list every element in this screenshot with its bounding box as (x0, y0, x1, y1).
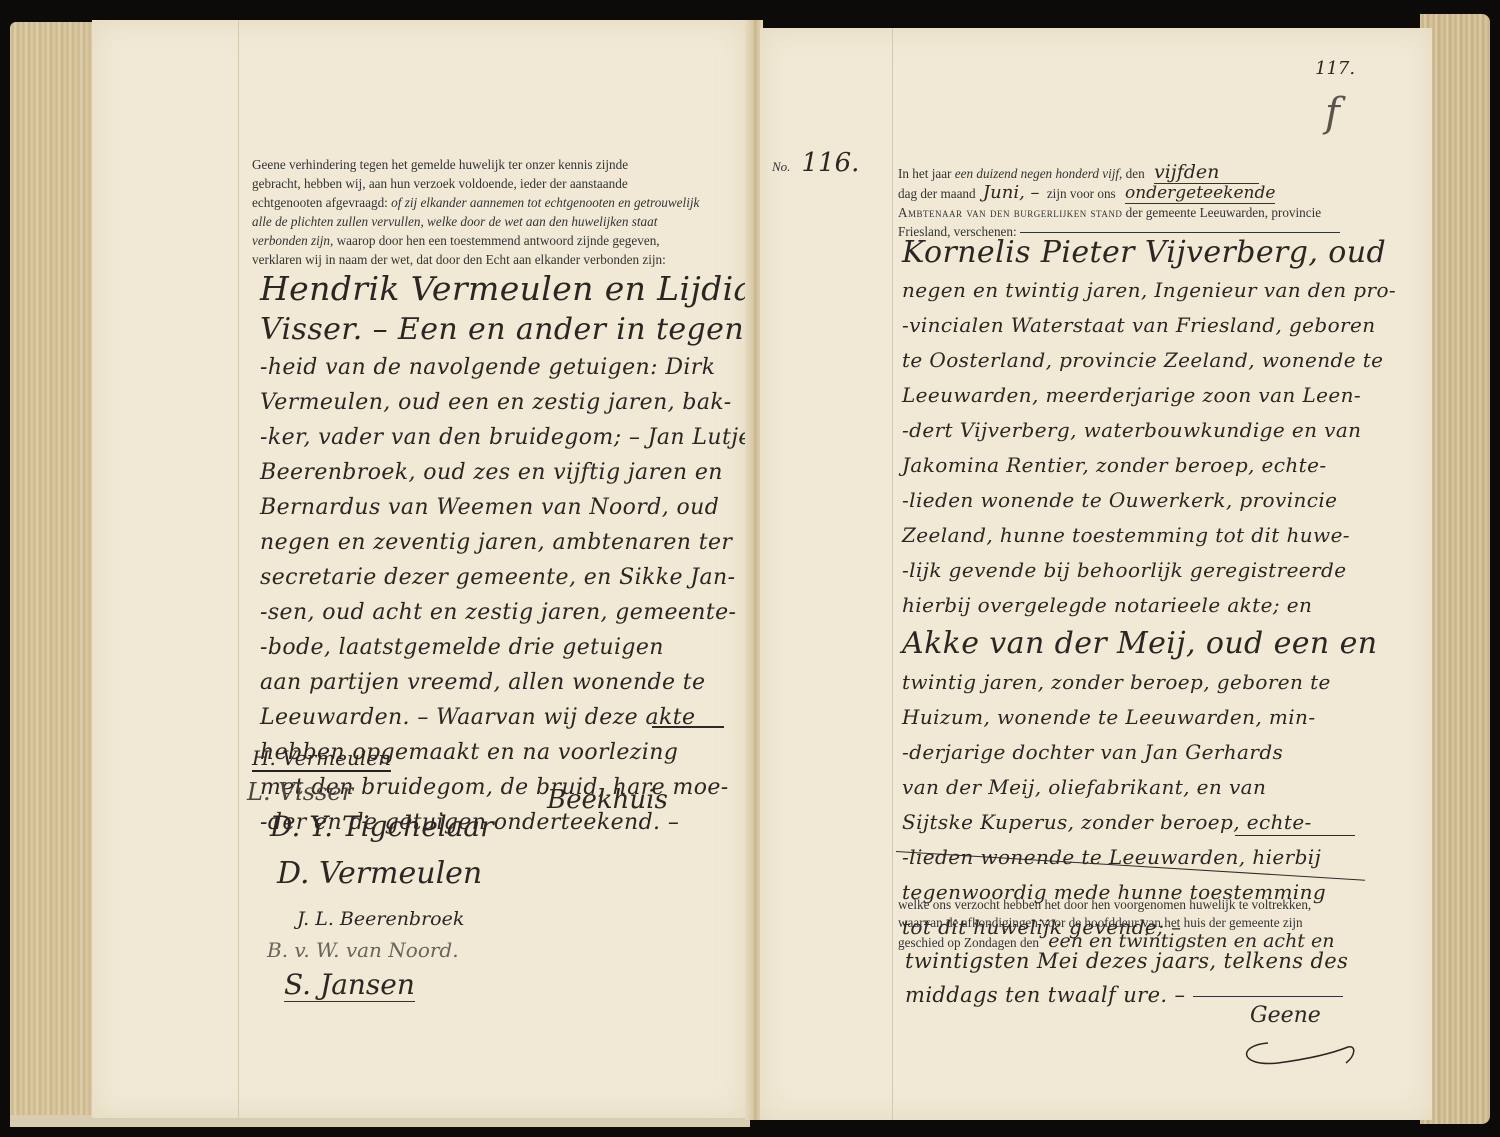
printed-header: In het jaar een duizend negen honderd vi… (898, 163, 1362, 241)
open-register-book: Geene verhindering tegen het gemelde huw… (10, 14, 1490, 1127)
printed-italic-text: alle de plichten zullen vervullen, welke… (252, 214, 657, 229)
printed-text: echtgenooten afgevraagd: (252, 195, 391, 210)
handwritten-line: Jakomina Rentier, zonder beroep, echte- (902, 448, 1396, 483)
printed-text: In het jaar (898, 166, 955, 181)
printed-line: In het jaar een duizend negen honderd vi… (898, 163, 1362, 183)
signature-witness-4: S. Jansen (284, 968, 415, 1002)
handwritten-line: twintig jaren, zonder beroep, geboren te (902, 665, 1396, 700)
printed-italic-text: of zij elkander aannemen tot echtgenoote… (391, 195, 699, 210)
printed-text: der gemeente Leeuwarden, provincie (1122, 205, 1321, 220)
handwritten-footer: twintigsten Mei dezes jaars, telkens des… (905, 944, 1348, 1012)
handwritten-line: Kornelis Pieter Vijverberg, oud (902, 233, 1396, 273)
handwritten-line: twintigsten Mei dezes jaars, telkens des (905, 944, 1348, 978)
signature-mother: D. Y. Tigchelaar (270, 810, 494, 843)
margin-rule (892, 28, 893, 1120)
printed-line: Geene verhindering tegen het gemelde huw… (252, 155, 708, 174)
handwritten-body-right: Kornelis Pieter Vijverberg, oud negen en… (902, 233, 1396, 945)
printed-italic-text: verbonden zijn, (252, 233, 333, 248)
handwritten-line: Akke van der Meij, oud een en (902, 623, 1396, 665)
handwritten-line: -derjarige dochter van Jan Gerhards (902, 735, 1396, 770)
signature-witness-2: J. L. Beerenbroek (297, 908, 464, 930)
printed-line: verbonden zijn, waarop door hen een toes… (252, 231, 708, 250)
signature-groom: H. Vermeulen (252, 746, 391, 772)
right-page: 117. f No. 116. In het jaar een duizend … (760, 28, 1432, 1120)
signature-registrar: Beekhuis (547, 785, 668, 815)
record-number-value: 116. (802, 148, 860, 178)
page-number: 117. (1315, 58, 1355, 79)
handwritten-line: negen en twintig jaren, Ingenieur van de… (902, 273, 1396, 308)
handwritten-line: -lieden wonende te Leeuwarden, hierbij (902, 840, 1396, 875)
handwritten-line: Huizum, wonende te Leeuwarden, min- (902, 700, 1396, 735)
printed-text: dag der maand (898, 186, 976, 201)
signature-witness-3: B. v. W. van Noord. (267, 938, 459, 962)
printed-line: Ambtenaar van den burgerlijken stand der… (898, 203, 1362, 222)
printed-text: waarop door hen een toestemmend antwoord… (333, 233, 659, 248)
printed-italic-text: een duizend negen honderd vijf, (955, 166, 1123, 181)
closing-rule (652, 726, 724, 728)
fill-rule (1193, 996, 1343, 997)
handwritten-line: -vincialen Waterstaat van Friesland, geb… (902, 308, 1396, 343)
signature-witness-1: D. Vermeulen (277, 856, 482, 891)
handwritten-line: te Oosterland, provincie Zeeland, wonend… (902, 343, 1396, 378)
closing-rule (1235, 835, 1355, 836)
folio-mark: f (1325, 90, 1340, 136)
page-edges-left (10, 22, 100, 1122)
handwritten-line: -lijk gevende bij behoorlijk geregistree… (902, 553, 1396, 588)
catchword: Geene (1250, 1003, 1321, 1028)
handwritten-text: middags ten twaalf ure. – (905, 983, 1185, 1007)
record-number: No. 116. (772, 148, 859, 178)
record-label: No. (772, 159, 790, 174)
flourish-icon (1238, 1033, 1358, 1073)
handwritten-line: -dert Vijverberg, waterbouwkundige en va… (902, 413, 1396, 448)
printed-line: alle de plichten zullen vervullen, welke… (252, 212, 708, 231)
printed-text: zijn voor ons (1047, 186, 1116, 201)
handwritten-official: ondergeteekende (1125, 183, 1275, 204)
printed-smallcaps-text: Ambtenaar van den burgerlijken stand (898, 205, 1122, 220)
printed-line: gebracht, hebben wij, aan hun verzoek vo… (252, 174, 708, 193)
handwritten-line: -lieden wonende te Ouwerkerk, provincie (902, 483, 1396, 518)
handwritten-month: Juni, – (983, 182, 1040, 203)
left-page: Geene verhindering tegen het gemelde huw… (92, 20, 747, 1118)
signature-bride: L. Visser (247, 778, 353, 806)
printed-line: echtgenooten afgevraagd: of zij elkander… (252, 193, 708, 212)
handwritten-day: vijfden (1154, 161, 1259, 184)
handwritten-line: van der Meij, oliefabrikant, en van (902, 770, 1396, 805)
printed-line: dag der maand Juni, – zijn voor ons onde… (898, 183, 1362, 203)
handwritten-line: hierbij overgelegde notarieele akte; en (902, 588, 1396, 623)
printed-text: den (1122, 166, 1144, 181)
printed-line: welke ons verzocht hebben het door hen v… (898, 896, 1362, 914)
handwritten-line: Zeeland, hunne toestemming tot dit huwe- (902, 518, 1396, 553)
printed-intro: Geene verhindering tegen het gemelde huw… (252, 155, 708, 269)
printed-line: verklaren wij in naam der wet, dat door … (252, 250, 708, 269)
handwritten-line: Leeuwarden, meerderjarige zoon van Leen- (902, 378, 1396, 413)
margin-rule (238, 20, 239, 1118)
